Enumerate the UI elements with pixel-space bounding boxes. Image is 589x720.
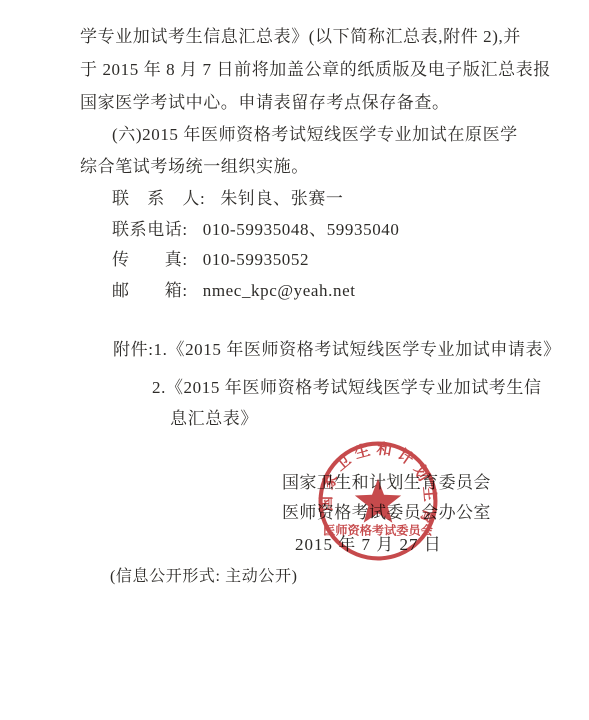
contact-person-row: 联 系 人:朱钊良、张赛一 bbox=[112, 188, 344, 210]
body-line-1: 学专业加试考生信息汇总表》(以下简称汇总表,附件 2),并 bbox=[80, 26, 521, 48]
contact-person-value: 朱钊良、张赛一 bbox=[220, 189, 343, 208]
contact-email-value: nmec_kpc@yeah.net bbox=[203, 281, 356, 300]
contact-phone-label: 联系电话: bbox=[112, 220, 188, 239]
contact-fax-row: 传 真:010-59935052 bbox=[112, 249, 309, 271]
contact-email-label: 邮 箱: bbox=[112, 281, 188, 300]
attachments-label: 附件: bbox=[113, 340, 154, 359]
contact-fax-label: 传 真: bbox=[112, 250, 188, 269]
info-disclosure-note: (信息公开形式: 主动公开) bbox=[110, 566, 298, 588]
contact-phone-row: 联系电话:010-59935048、59935040 bbox=[112, 219, 400, 241]
seal-bottom-text: 医师资格考试委员会 bbox=[323, 523, 433, 538]
body-line-5: 综合笔试考场统一组织实施。 bbox=[80, 156, 309, 178]
seal-star-icon bbox=[355, 479, 401, 523]
contact-person-label: 联 系 人: bbox=[112, 189, 205, 208]
attachments-row-1: 附件:1.《2015 年医师资格考试短线医学专业加试申请表》 bbox=[113, 339, 561, 361]
contact-phone-value: 010-59935048、59935040 bbox=[203, 220, 400, 239]
body-line-4-item-six: (六)2015 年医师资格考试短线医学专业加试在原医学 bbox=[112, 124, 518, 146]
attachment-item-1: 1.《2015 年医师资格考试短线医学专业加试申请表》 bbox=[154, 340, 561, 359]
official-seal-graphic: 国家卫生和计划生育委员会 医师资格考试委员会 bbox=[317, 440, 439, 562]
contact-fax-value: 010-59935052 bbox=[203, 250, 309, 269]
attachment-item-2-line-1: 2.《2015 年医师资格考试短线医学专业加试考生信 bbox=[152, 377, 542, 399]
official-seal: 国家卫生和计划生育委员会 医师资格考试委员会 bbox=[317, 440, 439, 562]
body-line-2: 于 2015 年 8 月 7 日前将加盖公章的纸质版及电子版汇总表报 bbox=[80, 59, 551, 81]
contact-email-row: 邮 箱:nmec_kpc@yeah.net bbox=[112, 280, 356, 302]
scanned-document-page: 学专业加试考生信息汇总表》(以下简称汇总表,附件 2),并 于 2015 年 8… bbox=[0, 0, 589, 720]
body-line-3: 国家医学考试中心。申请表留存考点保存备查。 bbox=[80, 92, 450, 114]
attachment-item-2-line-2: 息汇总表》 bbox=[170, 408, 258, 430]
